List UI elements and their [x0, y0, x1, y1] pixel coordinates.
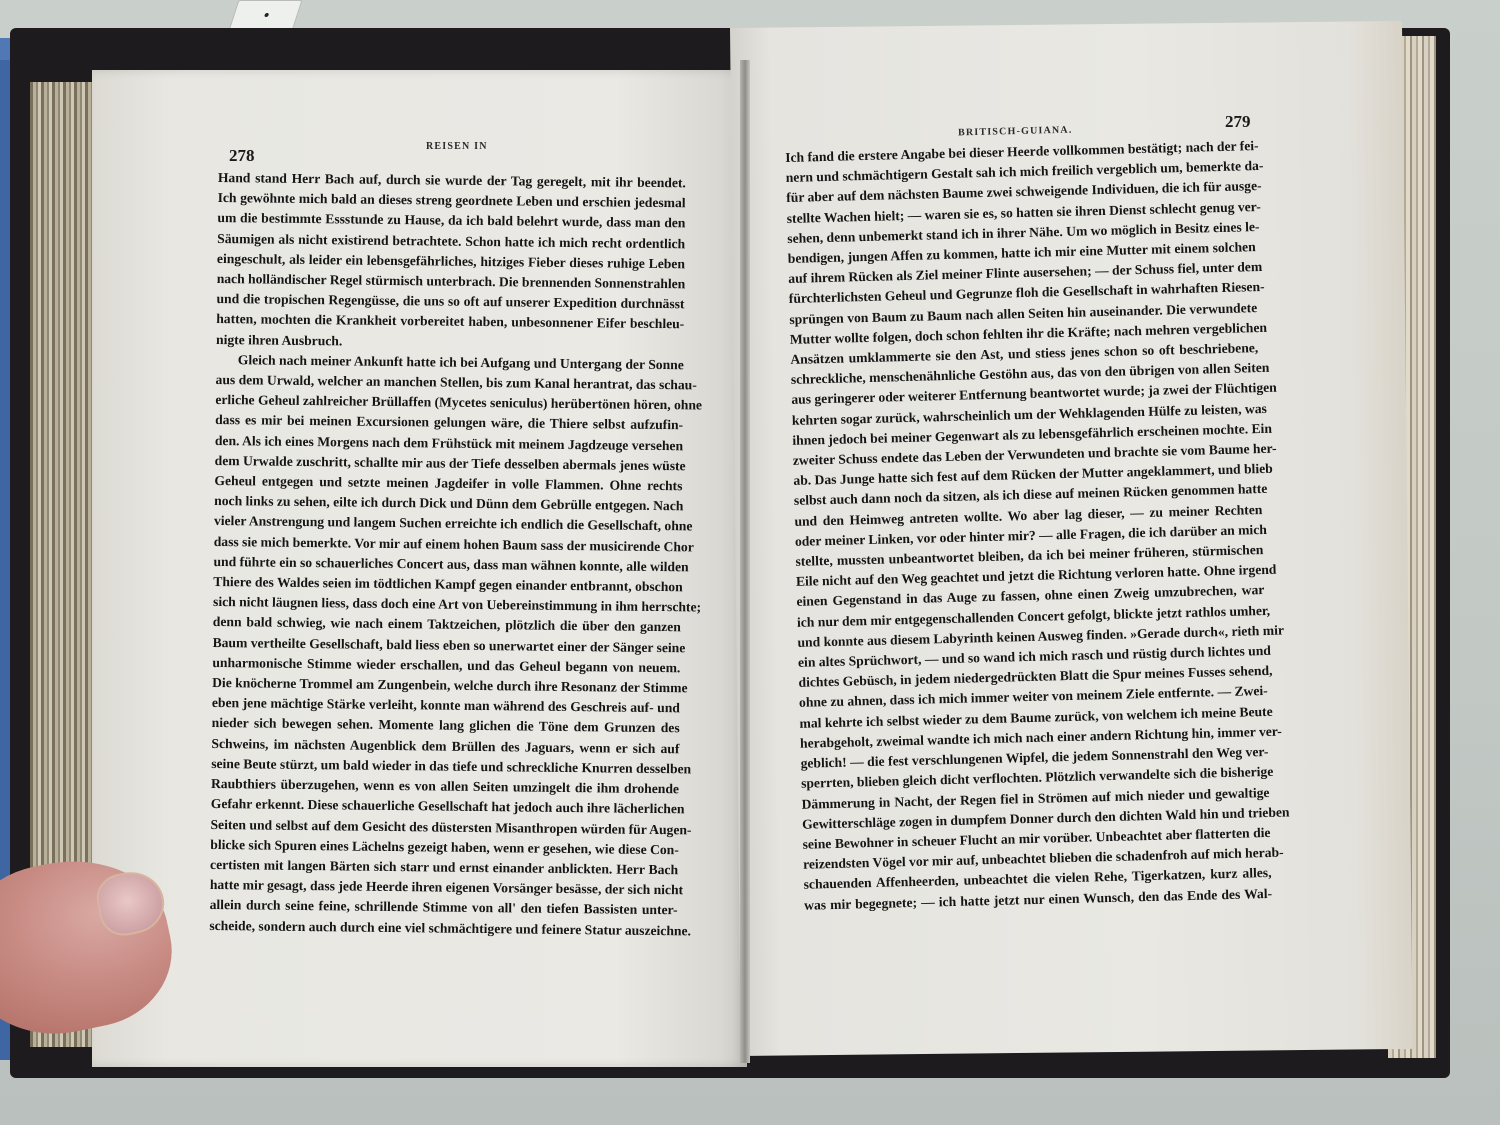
right-page-number: 279 [1225, 112, 1251, 132]
book-gutter [740, 60, 750, 1063]
left-running-head: REISEN IN [426, 141, 488, 152]
clip-hole [264, 13, 269, 17]
left-page-number: 278 [229, 146, 255, 166]
right-page-body: Ich fand die erstere Angabe bei dieser H… [785, 136, 1272, 915]
left-page-body: Hand stand Herr Bach auf, durch sie wurd… [209, 168, 686, 941]
